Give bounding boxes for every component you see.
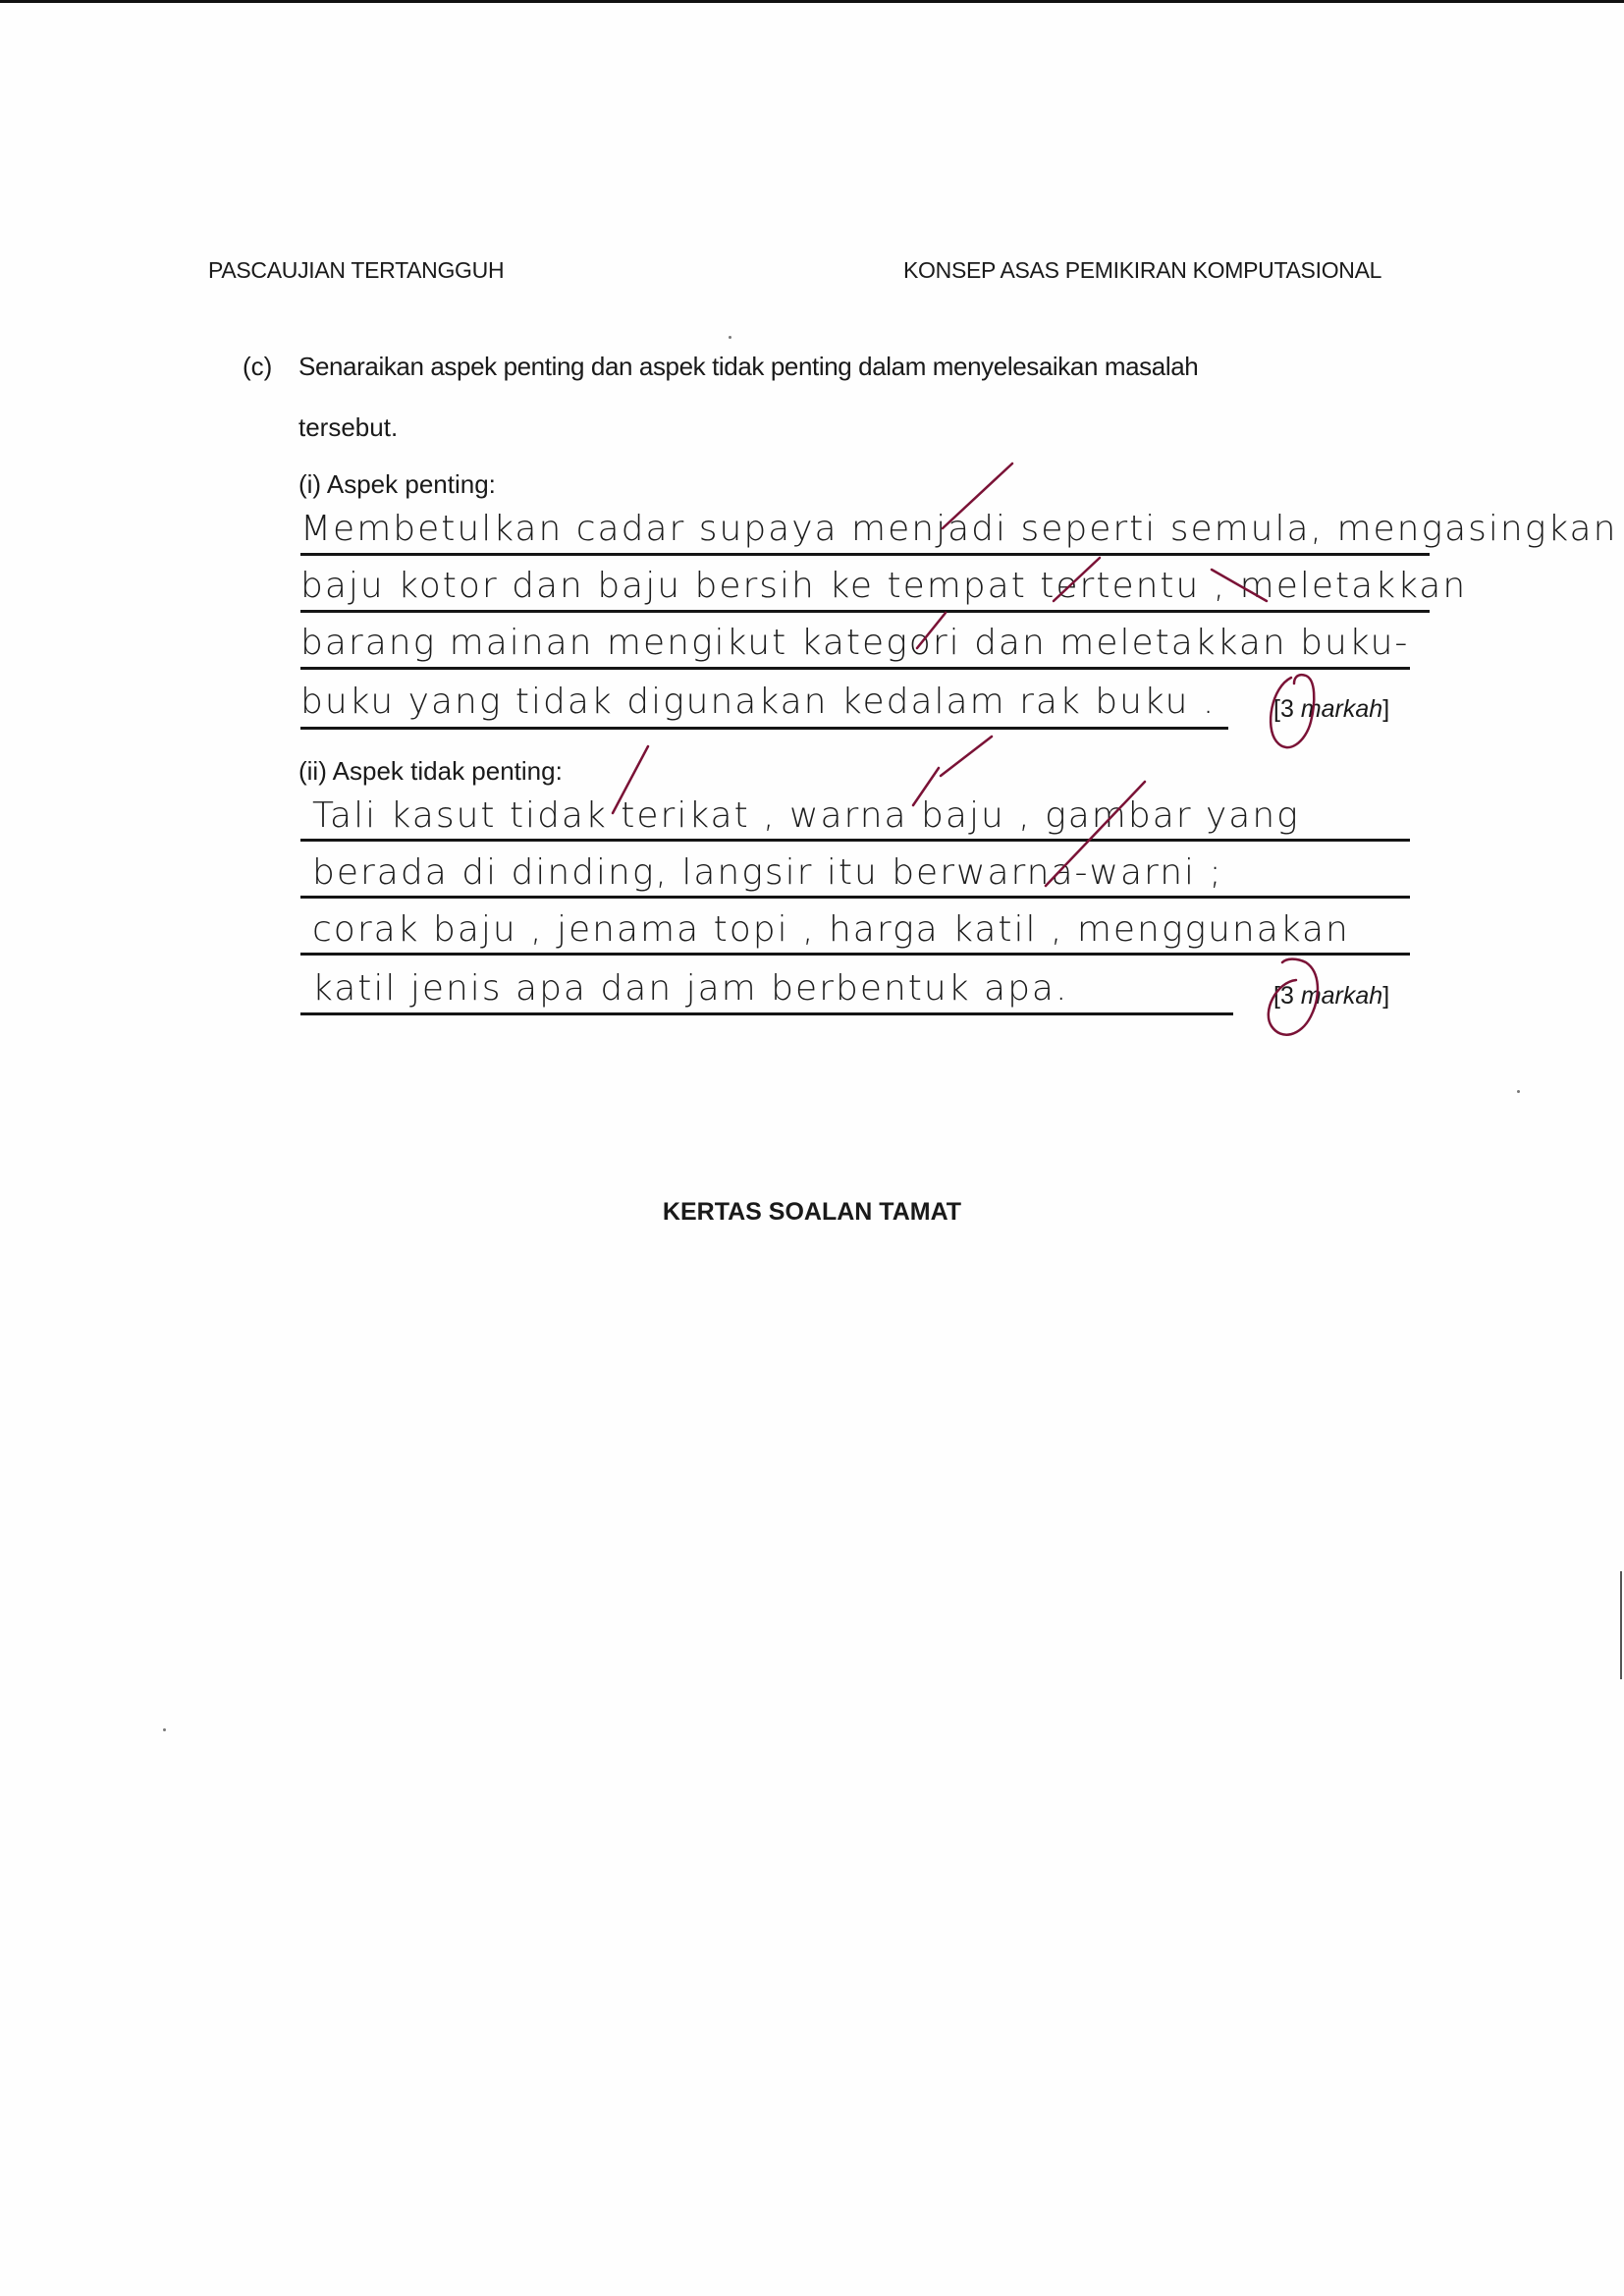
scanner-edge [0, 0, 1624, 3]
end-of-paper-note: KERTAS SOALAN TAMAT [0, 1198, 1624, 1227]
answer-rule [300, 727, 1228, 730]
answer-ii-line-2: berada di dinding, langsir itu berwarna-… [312, 852, 1223, 893]
answer-rule [300, 1012, 1233, 1015]
marking-annotations [0, 0, 1624, 2296]
answer-i-line-2: baju kotor dan baju bersih ke tempat ter… [300, 566, 1467, 606]
tick-mark-icon [941, 737, 992, 776]
question-text: Senaraikan aspek penting dan aspek tidak… [298, 352, 1198, 382]
answer-i-line-3: barang mainan mengikut kategori dan mele… [300, 623, 1409, 663]
answer-rule [300, 553, 1430, 556]
answer-rule [300, 610, 1430, 613]
marks-allocation-ii: [3 markah] [1273, 982, 1389, 1011]
answer-ii-line-4: katil jenis apa dan jam berbentuk apa. [312, 968, 1068, 1009]
scan-speck [1517, 1090, 1520, 1093]
answer-rule [300, 667, 1410, 670]
answer-ii-line-1: Tali kasut tidak terikat , warna baju , … [312, 795, 1300, 836]
answer-rule [300, 896, 1410, 899]
exam-page: PASCAUJIAN TERTANGGUH KONSEP ASAS PEMIKI… [0, 0, 1624, 2296]
part-i-label: (i) Aspek penting: [298, 469, 496, 500]
part-ii-label: (ii) Aspek tidak penting: [298, 756, 563, 787]
question-text-continued: tersebut. [298, 412, 398, 443]
question-label: (c) [243, 352, 272, 382]
answer-rule [300, 953, 1410, 956]
answer-rule [300, 839, 1410, 842]
header-exam-title: PASCAUJIAN TERTANGGUH [208, 257, 504, 284]
answer-i-line-1: Membetulkan cadar supaya menjadi seperti… [300, 509, 1617, 549]
header-subject-title: KONSEP ASAS PEMIKIRAN KOMPUTASIONAL [903, 257, 1381, 284]
scanner-mark [1620, 1571, 1622, 1679]
answer-i-line-4: buku yang tidak digunakan kedalam rak bu… [300, 682, 1216, 722]
scan-speck [729, 336, 731, 339]
answer-ii-line-3: corak baju , jenama topi , harga katil ,… [312, 909, 1350, 950]
marks-allocation-i: [3 markah] [1273, 695, 1389, 724]
scan-speck [163, 1728, 166, 1731]
